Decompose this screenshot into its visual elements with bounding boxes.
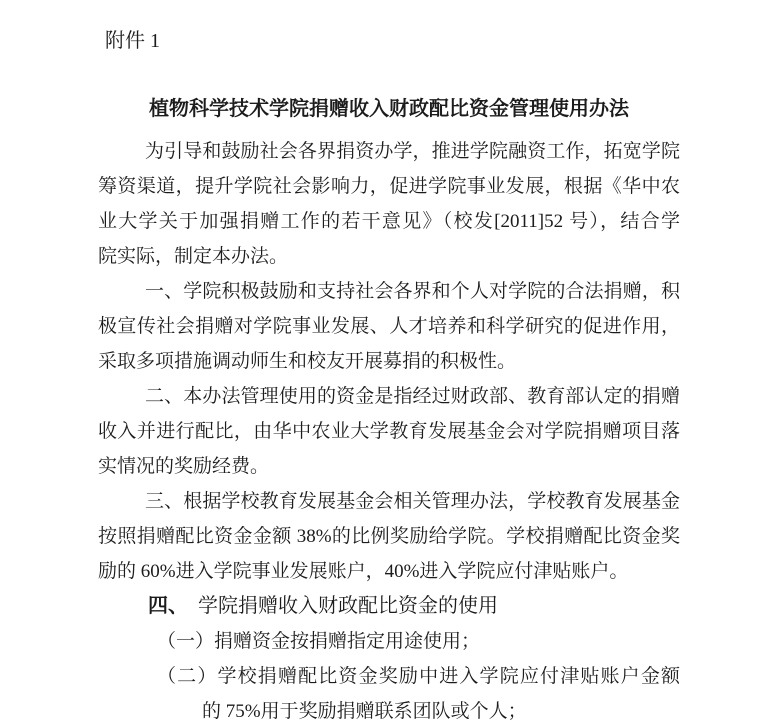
para-item2-line-1: 二、本办法管理使用的资金是指经过财政部、教育部认定的捐赠 <box>98 379 680 414</box>
para-item1-line-3: 采取多项措施调动师生和校友开展募捐的积极性。 <box>98 344 680 379</box>
sub-item-2-line-1: （二）学校捐赠配比资金奖励中进入学院应付津贴账户金额 <box>98 659 680 694</box>
para-intro-line-1: 为引导和鼓励社会各界捐资办学，推进学院融资工作，拓宽学院 <box>98 134 680 169</box>
para-item1-line-2: 极宣传社会捐赠对学院事业发展、人才培养和科学研究的促进作用， <box>98 309 680 344</box>
sub-item-2-line-2: 的 75%用于奖励捐赠联系团队或个人； <box>98 694 680 725</box>
sub-item-1: （一）捐赠资金按捐赠指定用途使用； <box>98 624 680 659</box>
attachment-label: 附件 1 <box>105 28 680 54</box>
para-item3-line-3: 励的 60%进入学院事业发展账户，40%进入学院应付津贴账户。 <box>98 554 680 589</box>
para-item2-line-2: 收入并进行配比，由华中农业大学教育发展基金会对学院捐赠项目落 <box>98 414 680 449</box>
para-intro-line-4: 院实际，制定本办法。 <box>98 239 680 274</box>
para-item3-line-2: 按照捐赠配比资金金额 38%的比例奖励给学院。学校捐赠配比资金奖 <box>98 519 680 554</box>
document-title: 植物科学技术学院捐赠收入财政配比资金管理使用办法 <box>98 96 680 122</box>
para-intro-line-3: 业大学关于加强捐赠工作的若干意见》（校发[2011]52 号），结合学 <box>98 204 680 239</box>
section-4-heading: 四、学院捐赠收入财政配比资金的使用 <box>98 589 680 624</box>
section-4-title: 学院捐赠收入财政配比资金的使用 <box>198 595 498 617</box>
para-item1-line-1: 一、学院积极鼓励和支持社会各界和个人对学院的合法捐赠，积 <box>98 274 680 309</box>
para-item2-line-3: 实情况的奖励经费。 <box>98 449 680 484</box>
para-item3-line-1: 三、根据学校教育发展基金会相关管理办法，学校教育发展基金 <box>98 484 680 519</box>
document-page: 附件 1 植物科学技术学院捐赠收入财政配比资金管理使用办法 为引导和鼓励社会各界… <box>0 0 778 725</box>
section-4-number: 四、 <box>148 595 188 617</box>
document-body: 为引导和鼓励社会各界捐资办学，推进学院融资工作，拓宽学院 筹资渠道，提升学院社会… <box>98 134 680 725</box>
para-intro-line-2: 筹资渠道，提升学院社会影响力，促进学院事业发展，根据《华中农 <box>98 169 680 204</box>
